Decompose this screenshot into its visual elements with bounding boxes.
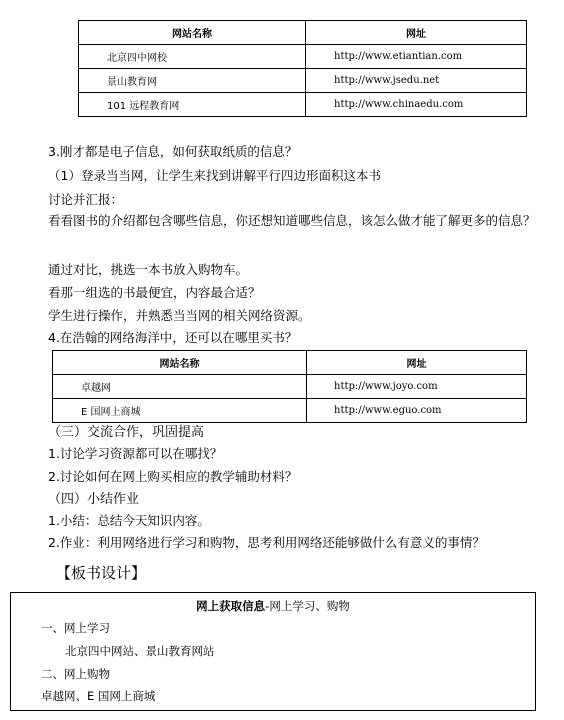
site-name-cell: E 国网上商城 bbox=[53, 399, 307, 423]
header-url: 网址 bbox=[307, 351, 527, 375]
table-row: E 国网上商城 http://www.eguo.com bbox=[53, 399, 527, 423]
board-line-4: 卓越网、E 国网上商城 bbox=[41, 689, 155, 703]
header-url: 网址 bbox=[306, 21, 527, 45]
board-line-1: 一、网上学习 bbox=[41, 621, 110, 635]
part4-item-1: 1.小结：总结今天知识内容。 bbox=[48, 513, 210, 529]
shopping-websites-table: 网站名称 网址 卓越网 http://www.joyo.com E 国网上商城 … bbox=[52, 350, 527, 423]
site-url-link[interactable]: http://www.etiantian.com bbox=[306, 45, 527, 69]
header-site-name: 网站名称 bbox=[79, 21, 306, 45]
site-name-cell: 101 远程教育网 bbox=[79, 93, 306, 117]
board-title-bold: 网上获取信息 bbox=[196, 599, 265, 613]
header-site-name: 网站名称 bbox=[53, 351, 307, 375]
section3-compare: 通过对比，挑选一本书放入购物车。 bbox=[48, 262, 248, 278]
section3-cheapest: 看那一组选的书最便宜，内容最合适？ bbox=[48, 285, 261, 301]
table-row: 北京四中网校 http://www.etiantian.com bbox=[79, 45, 527, 69]
site-url-link[interactable]: http://www.eguo.com bbox=[307, 399, 527, 423]
table-row: 景山教育网 http://www.jsedu.net bbox=[79, 69, 527, 93]
site-name-cell: 景山教育网 bbox=[79, 69, 306, 93]
board-design-box: 网上获取信息-网上学习、购物 一、网上学习 北京四中网站、景山教育网站 二、网上… bbox=[10, 592, 536, 711]
part4-heading: （四）小结作业 bbox=[48, 492, 139, 508]
section3-paragraph: 看看图书的介绍都包含哪些信息，你还想知道哪些信息，该怎么做才能了解更多的信息？ bbox=[25, 209, 555, 233]
table-row: 101 远程教育网 http://www.chinaedu.com bbox=[79, 93, 527, 117]
table-header-row: 网站名称 网址 bbox=[53, 351, 527, 375]
board-title-rest: -网上学习、购物 bbox=[265, 599, 350, 613]
part3-item-1: 1.讨论学习资源都可以在哪找？ bbox=[48, 446, 222, 462]
table-row: 卓越网 http://www.joyo.com bbox=[53, 375, 527, 399]
section4-question: 4.在浩翰的网络海洋中，还可以在哪里买书？ bbox=[48, 330, 297, 346]
section3-step1: （1）登录当当网，让学生来找到讲解平行四边形面积这本书 bbox=[48, 168, 381, 184]
site-name-cell: 北京四中网校 bbox=[79, 45, 306, 69]
part3-item-2: 2.讨论如何在网上购买相应的教学辅助材料？ bbox=[48, 469, 297, 485]
site-url-link[interactable]: http://www.jsedu.net bbox=[306, 69, 527, 93]
board-line-2: 北京四中网站、景山教育网站 bbox=[65, 644, 215, 658]
part3-heading: （三）交流合作，巩固提高 bbox=[48, 425, 204, 441]
section3-discuss-label: 讨论并汇报： bbox=[48, 192, 123, 208]
section3-question: 3.刚才都是电子信息，如何获取纸质的信息？ bbox=[48, 144, 297, 160]
site-url-link[interactable]: http://www.chinaedu.com bbox=[306, 93, 527, 117]
board-line-3: 二、网上购物 bbox=[41, 667, 110, 681]
table-header-row: 网站名称 网址 bbox=[79, 21, 527, 45]
section3-operate: 学生进行操作，并熟悉当当网的相关网络资源。 bbox=[48, 308, 311, 324]
learning-websites-table: 网站名称 网址 北京四中网校 http://www.etiantian.com … bbox=[78, 20, 527, 117]
part4-item-2: 2.作业：利用网络进行学习和购物，思考利用网络还能够做什么有意义的事情？ bbox=[48, 535, 485, 551]
board-design-heading: 【板书设计】 bbox=[56, 563, 146, 583]
site-name-cell: 卓越网 bbox=[53, 375, 307, 399]
board-title: 网上获取信息-网上学习、购物 bbox=[11, 598, 535, 614]
site-url-link[interactable]: http://www.joyo.com bbox=[307, 375, 527, 399]
